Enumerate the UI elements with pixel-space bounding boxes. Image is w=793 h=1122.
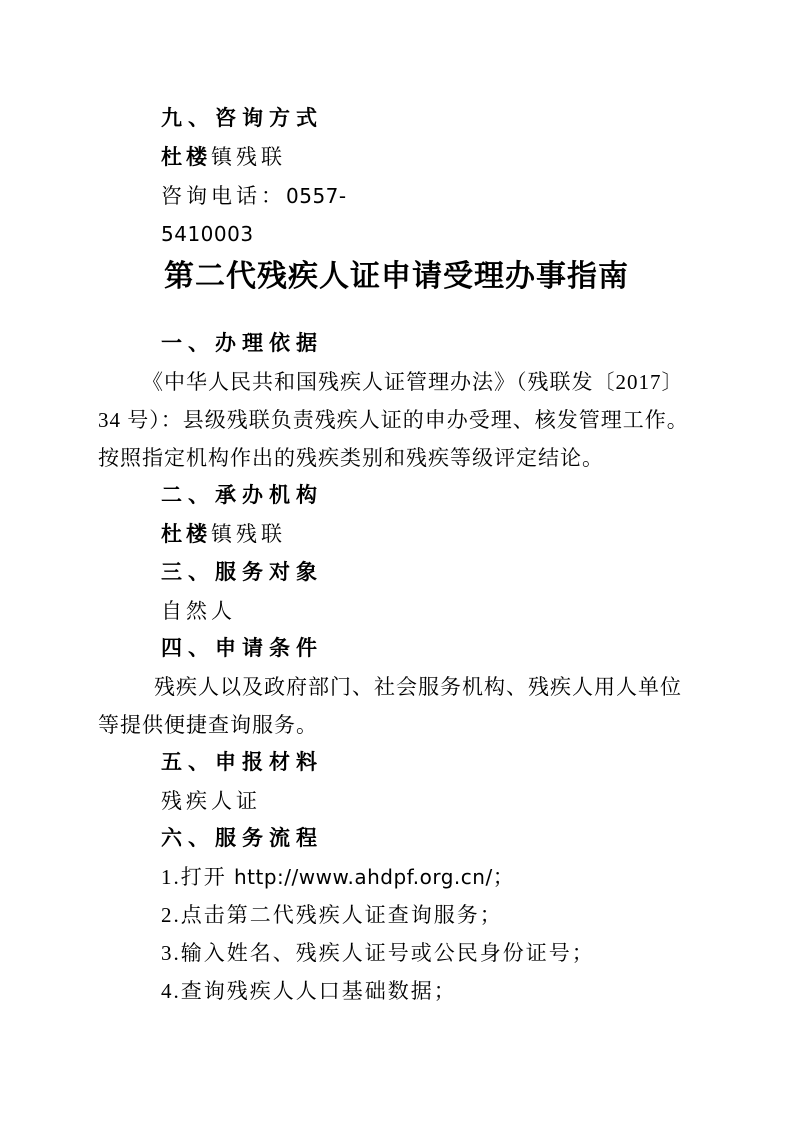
step-url: http://www.ahdpf.org.cn/ (234, 865, 493, 889)
phone-area-code: 0557- (286, 184, 347, 208)
step-line: 4.查询残疾人人口基础数据； (98, 972, 695, 1010)
phone-label-line: 咨询电话：0557- (98, 177, 695, 215)
section-heading-audience: 三、服务对象 (98, 554, 695, 592)
step-text: ； (493, 865, 516, 889)
section-heading-consultation: 九、咨询方式 (98, 100, 695, 138)
section-heading-materials: 五、申报材料 (98, 744, 695, 782)
audience-value: 自然人 (98, 592, 695, 630)
agency-name-line: 杜楼镇残联 (98, 515, 695, 554)
step-line: 1.打开 http://www.ahdpf.org.cn/； (98, 858, 695, 896)
section-heading-conditions: 四、申请条件 (98, 630, 695, 668)
document-page: 九、咨询方式 杜楼镇残联 咨询电话：0557- 5410003 第二代残疾人证申… (0, 0, 793, 1122)
basis-paragraph-line-2: 34 号）：县级残联负责残疾人证的申办受理、核发管理工作。 (98, 401, 695, 439)
section-heading-basis: 一、办理依据 (98, 325, 695, 363)
phone-number: 5410003 (161, 222, 254, 246)
agency-name-town: 杜楼 (161, 523, 211, 546)
conditions-paragraph-line-2: 等提供便捷查询服务。 (98, 706, 695, 744)
step-text: 1.打开 (161, 865, 234, 889)
agency-name-line: 杜楼镇残联 (98, 138, 695, 177)
document-title: 第二代残疾人证申请受理办事指南 (98, 253, 695, 301)
phone-label: 咨询电话： (161, 184, 286, 208)
conditions-paragraph-line-1: 残疾人以及政府部门、社会服务机构、残疾人用人单位 (98, 668, 695, 706)
step-line: 3.输入姓名、残疾人证号或公民身份证号； (98, 934, 695, 972)
basis-paragraph-line-1: 《中华人民共和国残疾人证管理办法》（残联发〔2017〕 (98, 363, 695, 401)
materials-value: 残疾人证 (98, 782, 695, 820)
section-heading-agency: 二、承办机构 (98, 477, 695, 515)
agency-name-town: 杜楼 (161, 146, 211, 169)
basis-paragraph-line-3: 按照指定机构作出的残疾类别和残疾等级评定结论。 (98, 439, 695, 477)
agency-name-suffix: 镇残联 (211, 145, 286, 169)
section-heading-process: 六、服务流程 (98, 820, 695, 858)
phone-number-line: 5410003 (98, 215, 695, 253)
step-line: 2.点击第二代残疾人证查询服务； (98, 896, 695, 934)
agency-name-suffix: 镇残联 (211, 522, 286, 546)
